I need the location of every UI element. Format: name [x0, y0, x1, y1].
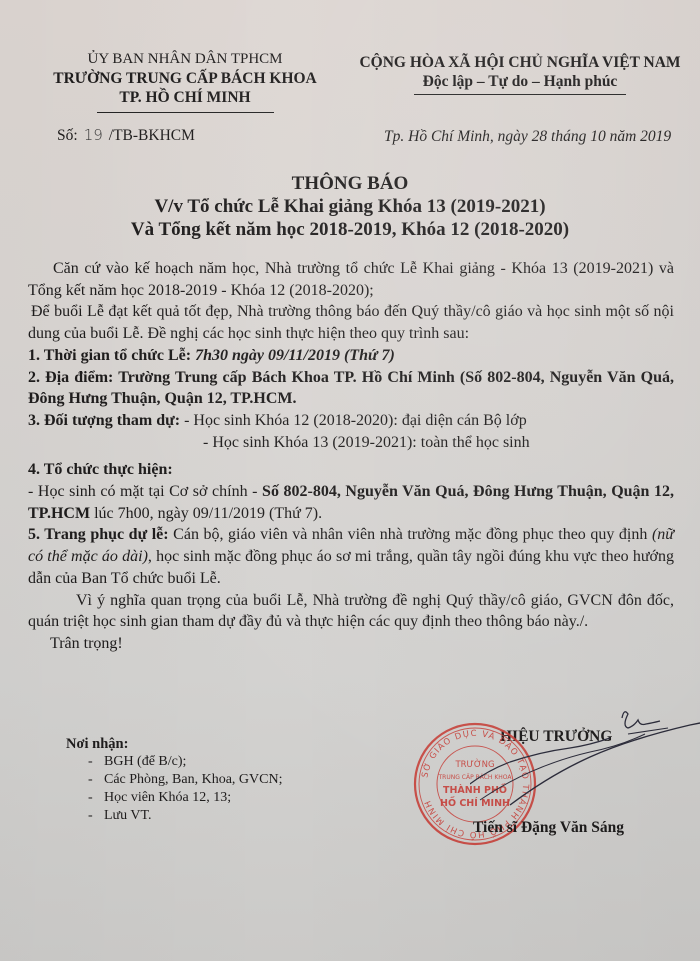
doc-number-label: Số: — [57, 127, 78, 144]
issuer-underline — [97, 112, 274, 113]
item-attendees-line1: - Học sinh Khóa 12 (2018-2020): đại diện… — [184, 412, 527, 429]
issue-date: Tp. Hồ Chí Minh, ngày 28 tháng 10 năm 20… — [384, 128, 671, 146]
recipient-item: -Học viên Khóa 12, 13; — [66, 789, 283, 807]
document-number: Số:19/TB-BKHCM — [57, 126, 195, 145]
body-paragraph-basis: Căn cứ vào kế hoạch năm học, Nhà trường … — [28, 258, 674, 301]
issuer-school: TRƯỜNG TRUNG CẤP BÁCH KHOA — [40, 69, 330, 88]
body-paragraph-purpose: Để buổi Lễ đạt kết quả tốt đẹp, Nhà trườ… — [28, 301, 674, 344]
item-time-value: 7h30 ngày 09/11/2019 (Thứ 7) — [195, 347, 395, 364]
item-attendees-label: 3. Đối tượng tham dự: — [28, 412, 180, 429]
national-header: CỘNG HÒA XÃ HỘI CHỦ NGHĨA VIỆT NAM Độc l… — [335, 53, 700, 95]
title-notice: THÔNG BÁO — [0, 172, 700, 195]
item-dress-label: 5. Trang phục dự lễ: — [28, 526, 169, 543]
handwritten-signature-icon — [470, 700, 700, 810]
item-attendees: 3. Đối tượng tham dự: - Học sinh Khóa 12… — [28, 410, 674, 432]
doc-number-handwritten: 19 — [84, 126, 103, 144]
item-attendees-line2: - Học sinh Khóa 13 (2019-2021): toàn thể… — [28, 432, 674, 454]
item-implementation-prefix: - Học sinh có mặt tại Cơ sở chính - — [28, 483, 262, 500]
item-dress-part1: Cán bộ, giáo viên và nhân viên nhà trườn… — [169, 526, 652, 543]
issuer-city: TP. HỒ CHÍ MINH — [40, 88, 330, 107]
signer-name: Tiến sĩ Đặng Văn Sáng — [473, 819, 624, 837]
item-location: 2. Địa điểm: Trường Trung cấp Bách Khoa … — [28, 367, 674, 410]
issuer-authority: ỦY BAN NHÂN DÂN TPHCM — [40, 50, 330, 69]
doc-number-suffix: /TB-BKHCM — [109, 127, 195, 144]
title-subject-2: Và Tổng kết năm học 2018-2019, Khóa 12 (… — [0, 218, 700, 241]
document-page: ỦY BAN NHÂN DÂN TPHCM TRƯỜNG TRUNG CẤP B… — [0, 0, 700, 961]
item-dress-code: 5. Trang phục dự lễ: Cán bộ, giáo viên v… — [28, 524, 674, 589]
item-implementation: - Học sinh có mặt tại Cơ sở chính - Số 8… — [28, 481, 674, 524]
recipients-heading: Nơi nhận: — [66, 735, 283, 753]
item-time: 1. Thời gian tổ chức Lễ: 7h30 ngày 09/11… — [28, 345, 674, 367]
document-body: Căn cứ vào kế hoạch năm học, Nhà trường … — [28, 258, 674, 655]
item-implementation-label: 4. Tổ chức thực hiện: — [28, 459, 674, 481]
recipients-block: Nơi nhận: -BGH (để B/c); -Các Phòng, Ban… — [66, 735, 283, 825]
document-title: THÔNG BÁO V/v Tổ chức Lễ Khai giảng Khóa… — [0, 172, 700, 241]
recipient-item: -BGH (để B/c); — [66, 753, 283, 771]
recipient-item: -Các Phòng, Ban, Khoa, GVCN; — [66, 771, 283, 789]
issuer-header: ỦY BAN NHÂN DÂN TPHCM TRƯỜNG TRUNG CẤP B… — [40, 50, 330, 113]
title-subject-1: V/v Tổ chức Lễ Khai giảng Khóa 13 (2019-… — [0, 195, 700, 218]
national-motto: Độc lập – Tự do – Hạnh phúc — [335, 72, 700, 91]
body-paragraph-closing: Vì ý nghĩa quan trọng của buổi Lễ, Nhà t… — [28, 590, 674, 633]
recipient-item: -Lưu VT. — [66, 807, 283, 825]
item-implementation-suffix: lúc 7h00, ngày 09/11/2019 (Thứ 7). — [90, 505, 322, 522]
item-time-label: 1. Thời gian tổ chức Lễ: — [28, 347, 191, 364]
body-regards: Trân trọng! — [28, 633, 674, 655]
motto-underline — [414, 94, 626, 95]
national-title: CỘNG HÒA XÃ HỘI CHỦ NGHĨA VIỆT NAM — [335, 53, 700, 72]
